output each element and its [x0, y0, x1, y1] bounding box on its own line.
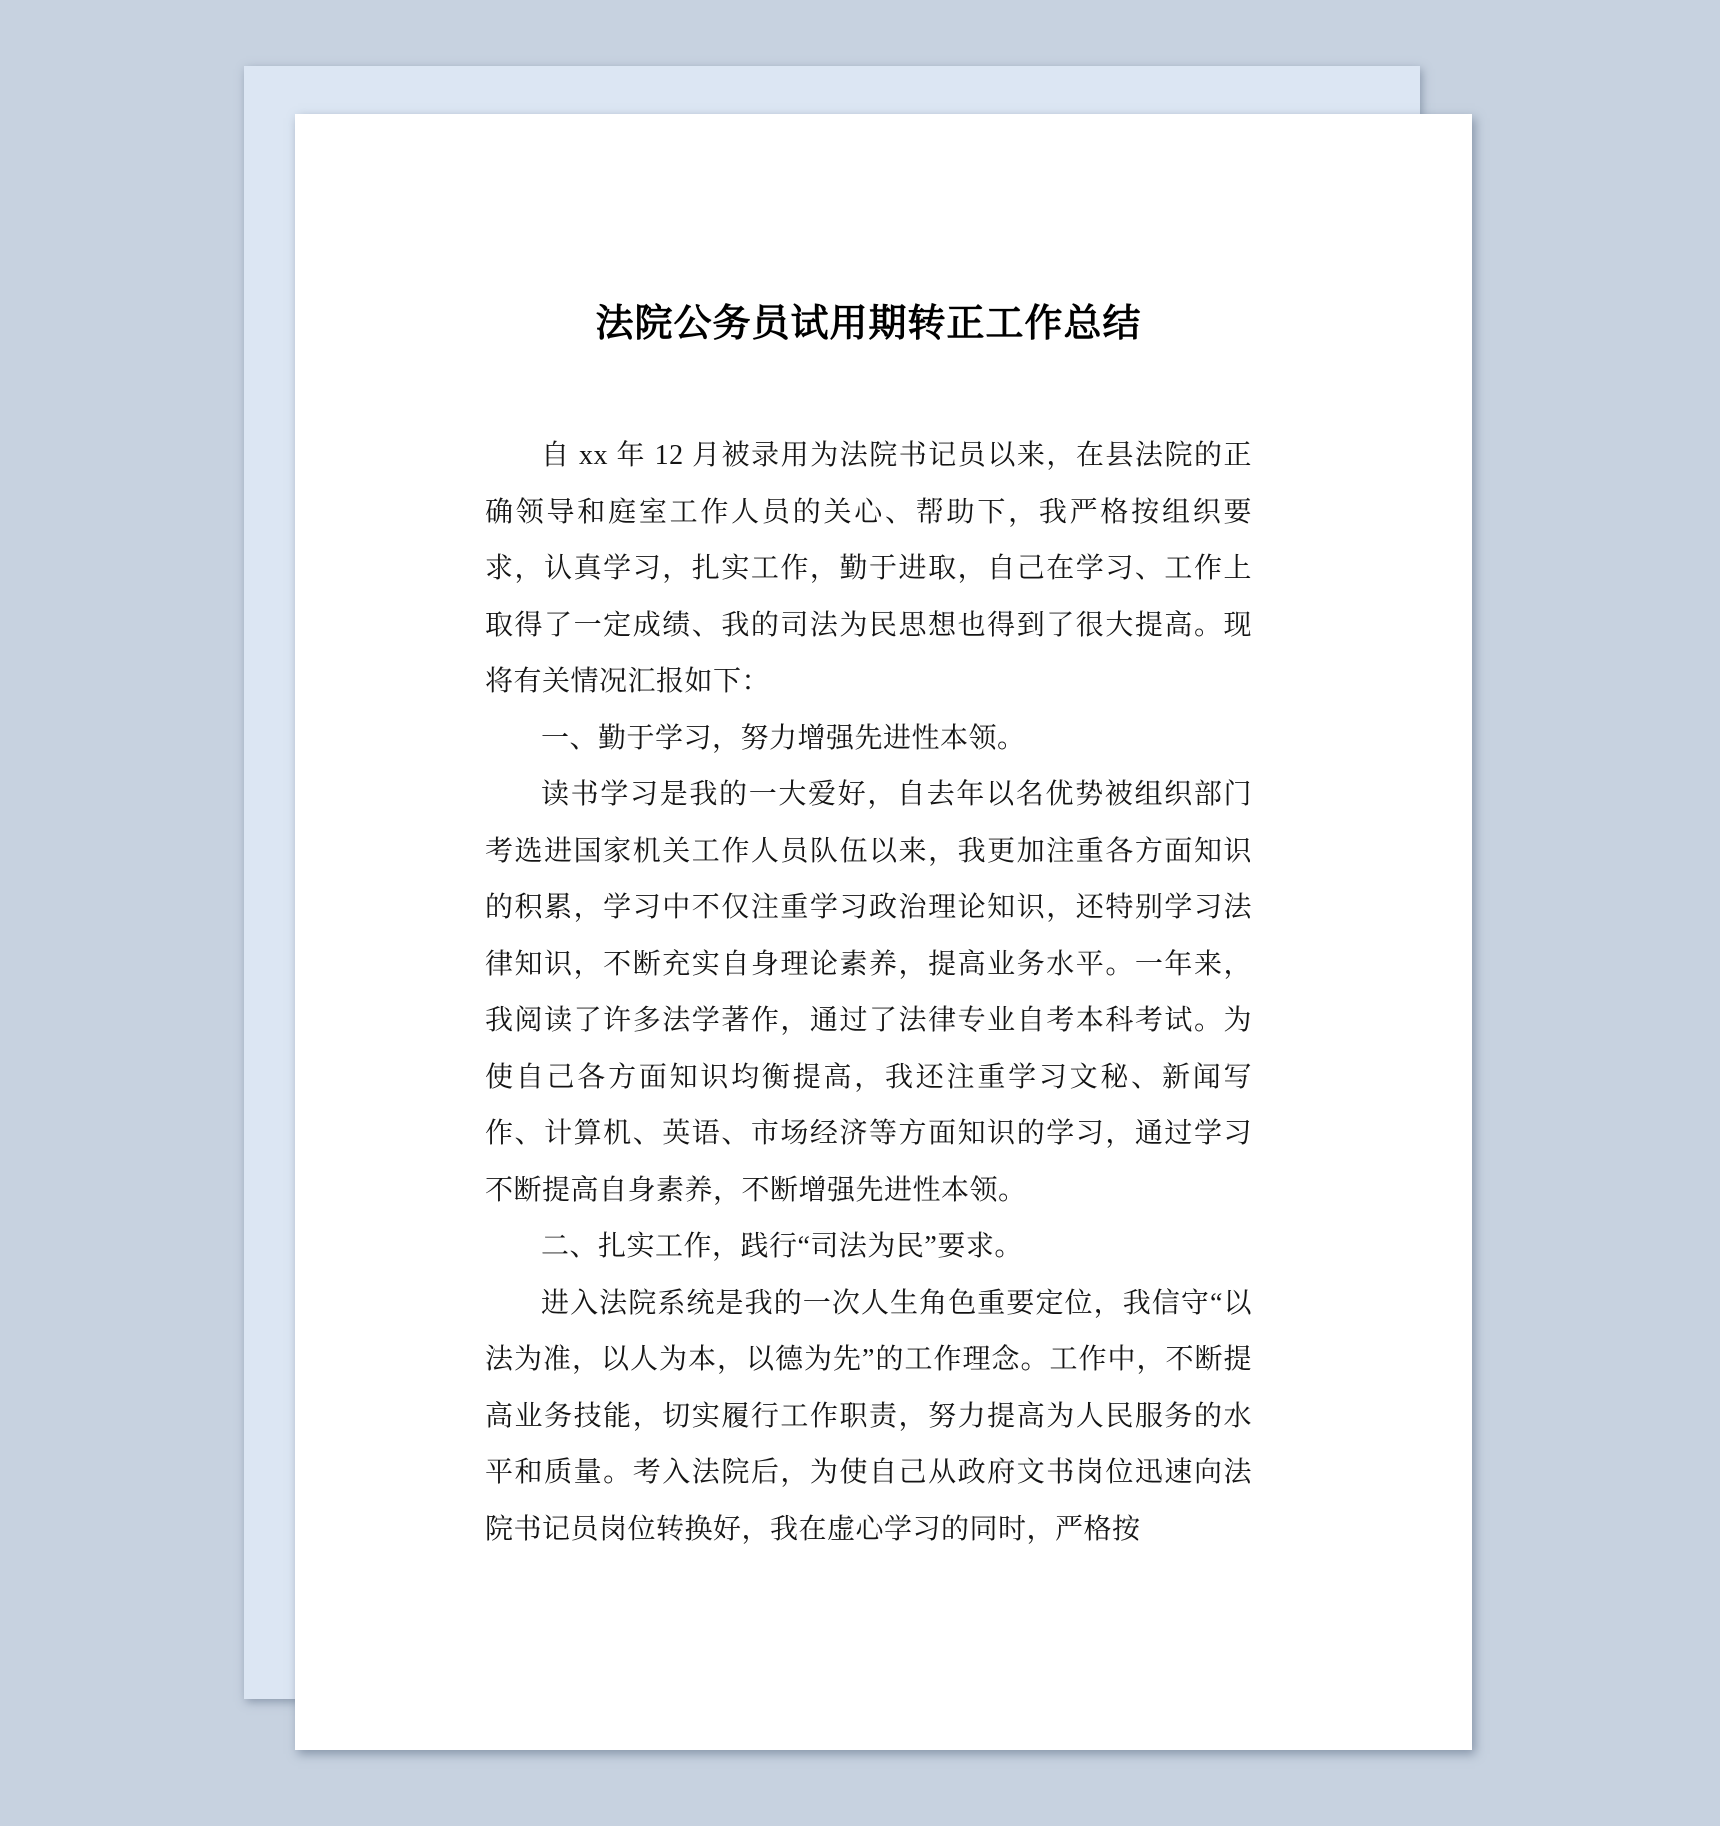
paragraph-section-2-heading: 二、扎实工作，践行“司法为民”要求。 — [485, 1219, 1252, 1276]
document-title: 法院公务员试用期转正工作总结 — [485, 300, 1252, 348]
paragraph-section-2-body: 进入法院系统是我的一次人生角色重要定位，我信守“以法为准，以人为本，以德为先”的… — [485, 1276, 1252, 1559]
paragraph-intro: 自 xx 年 12 月被录用为法院书记员以来，在县法院的正确领导和庭室工作人员的… — [485, 428, 1252, 711]
document-body: 自 xx 年 12 月被录用为法院书记员以来，在县法院的正确领导和庭室工作人员的… — [485, 428, 1252, 1558]
document-page: 法院公务员试用期转正工作总结 自 xx 年 12 月被录用为法院书记员以来，在县… — [295, 114, 1472, 1750]
desk-background: { "colors": { "desk_background": "#c7d2e… — [0, 0, 1720, 1826]
paragraph-section-1-heading: 一、勤于学习，努力增强先进性本领。 — [485, 711, 1252, 768]
paragraph-section-1-body: 读书学习是我的一大爱好，自去年以名优势被组织部门考选进国家机关工作人员队伍以来，… — [485, 767, 1252, 1219]
